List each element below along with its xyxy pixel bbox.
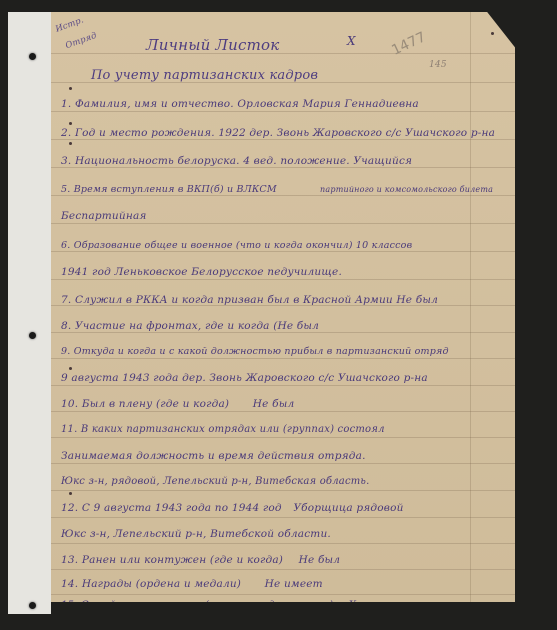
field-14-label: Награды (ордена и медали) — [82, 578, 241, 590]
field-11-continuation-2: Юкс з-н, рядовой, Лепельский р-н, Витебс… — [61, 476, 369, 487]
field-11: 11. В каких партизанских отрядах или (гр… — [61, 424, 385, 435]
field-15-label: Семейное положение (состав и адрес семьи… — [81, 600, 334, 611]
field-1-value: Орловская Мария Геннадиевна — [237, 98, 419, 110]
field-13-value: Не был — [299, 554, 341, 566]
title-mark: Х — [347, 34, 356, 48]
field-15-value: Холост — [349, 600, 391, 611]
document-title: Личный Листок — [146, 36, 279, 54]
field-6-label: Образование общее и военное (что и когда… — [74, 240, 353, 251]
field-5: 5. Время вступления в ВКП(б) и ВЛКСМ пар… — [61, 184, 493, 195]
field-9: 9. Откуда и когда и с какой должностью п… — [61, 346, 449, 357]
field-12-label: С 9 августа 1943 года по 1944 год — [82, 502, 282, 514]
margin-note-line1: Истр. — [54, 15, 85, 34]
binding-margin-strip — [8, 12, 51, 614]
field-10: 10. Был в плену (где и когда) Не был — [61, 398, 294, 410]
field-9-continuation: 9 августа 1943 года дер. Звонь Жаровског… — [61, 372, 428, 384]
field-10-value: Не был — [253, 398, 295, 410]
field-7-value: в Красной Армии Не был — [293, 294, 438, 306]
field-12-value: Уборщица рядовой — [293, 502, 403, 514]
punch-hole — [29, 602, 36, 609]
field-11-label: В каких партизанских отрядах или (группа… — [81, 424, 385, 435]
document-page: Истр. Отряд Личный Листок Х 1477 145 По … — [51, 12, 515, 602]
field-2-label: Год и место рождения. — [75, 127, 215, 139]
field-12-continuation: Юкс з-н, Лепельский р-н, Витебской облас… — [61, 528, 331, 540]
field-11-continuation: Занимаемая должность и время действия от… — [61, 450, 366, 462]
document-subtitle: По учету партизанских кадров — [91, 68, 318, 83]
archive-stamp-sub: 145 — [429, 60, 447, 70]
field-3: 3. Национальность белоруска. 4 вед. поло… — [61, 155, 412, 167]
field-13-label: Ранен или контужен (где и когда) — [82, 554, 283, 566]
field-1-label: Фамилия, имя и отчество. — [75, 98, 234, 110]
field-5-continuation: Беспартийная — [61, 210, 147, 222]
field-12: 12. С 9 августа 1943 года по 1944 год Уб… — [61, 502, 404, 514]
field-15: 15. Семейное положение (состав и адрес с… — [61, 600, 391, 611]
field-2: 2. Год и место рождения. 1922 дер. Звонь… — [61, 127, 495, 139]
margin-note-line2: Отряд — [64, 31, 98, 52]
field-10-label: Был в плену (где и когда) — [82, 398, 229, 410]
field-7-label: Служил в РККА и когда призван был — [75, 294, 290, 306]
field-7: 7. Служил в РККА и когда призван был в К… — [61, 294, 438, 306]
punch-hole — [29, 332, 36, 339]
field-2-value: 1922 дер. Звонь Жаровского с/с Ушачского… — [218, 127, 495, 139]
field-14-value: Не имеет — [265, 578, 323, 590]
field-3-label: Национальность белоруска. — [75, 155, 240, 167]
field-5-label: Время вступления в ВКП(б) и ВЛКСМ — [74, 184, 277, 195]
punch-hole — [29, 53, 36, 60]
field-5-value: партийного и комсомольского билета — [320, 185, 493, 194]
field-13: 13. Ранен или контужен (где и когда) Не … — [61, 554, 340, 566]
field-8: 8. Участие на фронтах, где и когда (Не б… — [61, 320, 319, 332]
field-1: 1. Фамилия, имя и отчество. Орловская Ма… — [61, 98, 419, 110]
field-14: 14. Награды (ордена и медали) Не имеет — [61, 578, 323, 590]
field-8-value: (Не был — [273, 320, 319, 332]
archive-stamp: 1477 — [389, 29, 428, 59]
field-6-value: 10 классов — [356, 240, 412, 251]
field-8-label: Участие на фронтах, где и когда — [75, 320, 270, 332]
field-3-value: 4 вед. положение. Учащийся — [243, 155, 412, 167]
field-6: 6. Образование общее и военное (что и ко… — [61, 240, 412, 251]
field-6-continuation: 1941 год Леньковское Белорусское педучил… — [61, 266, 342, 278]
field-9-label: Откуда и когда и с какой должностью приб… — [74, 346, 449, 357]
